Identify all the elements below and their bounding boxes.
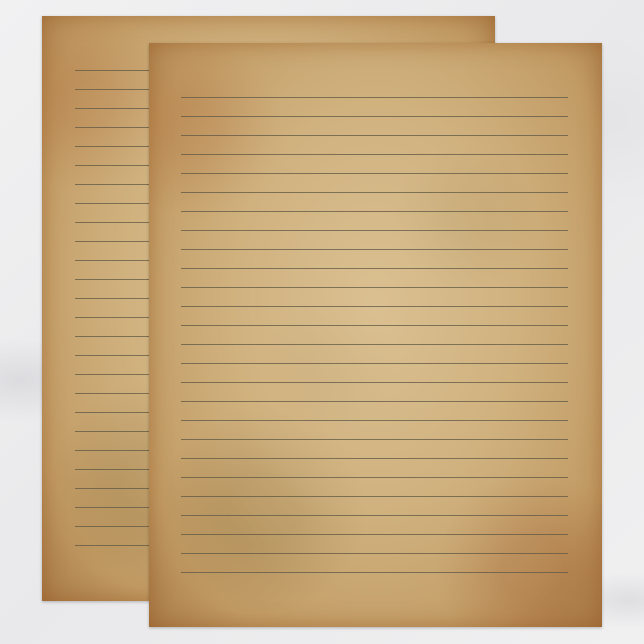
- ruled-line: [181, 363, 568, 364]
- ruled-line: [181, 306, 568, 307]
- ruled-line: [181, 534, 568, 535]
- ruled-line: [181, 173, 568, 174]
- ruled-line: [181, 135, 568, 136]
- ruled-line: [181, 249, 568, 250]
- ruled-line: [181, 211, 568, 212]
- ruled-line: [181, 439, 568, 440]
- front-paper-sheet: [149, 43, 602, 627]
- ruled-line: [181, 325, 568, 326]
- ruled-lines: [181, 97, 568, 591]
- ruled-line: [181, 420, 568, 421]
- ruled-line: [181, 192, 568, 193]
- ruled-line: [181, 230, 568, 231]
- ruled-line: [181, 116, 568, 117]
- ruled-line: [181, 572, 568, 573]
- ruled-line: [181, 344, 568, 345]
- ruled-line: [181, 401, 568, 402]
- ruled-line: [181, 515, 568, 516]
- ruled-line: [181, 382, 568, 383]
- ruled-line: [181, 268, 568, 269]
- ruled-line: [181, 477, 568, 478]
- ruled-line: [181, 97, 568, 98]
- ruled-line: [181, 496, 568, 497]
- ruled-line: [181, 154, 568, 155]
- ruled-line: [181, 287, 568, 288]
- ruled-line: [181, 458, 568, 459]
- ruled-line: [181, 553, 568, 554]
